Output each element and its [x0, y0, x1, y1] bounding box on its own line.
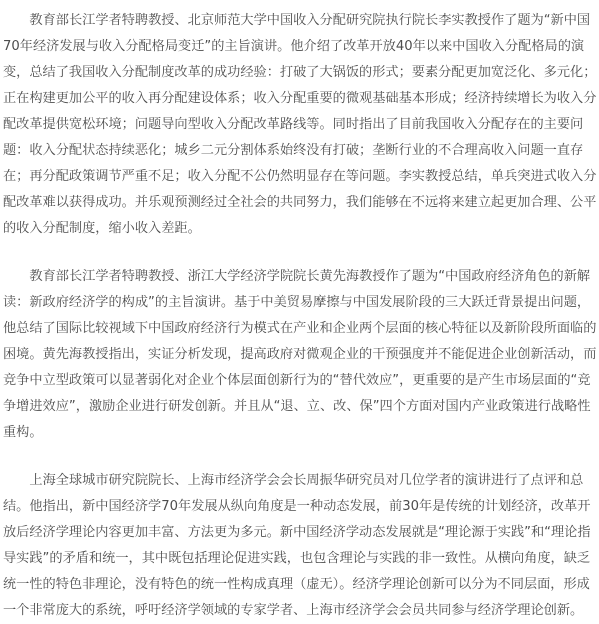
- paragraph-zhou-zhenhua-summary: 上海全球城市研究院院长、上海市经济学会会长周振华研究员对几位学者的演讲进行了点评…: [3, 468, 597, 624]
- paragraph-huang-xianhai-speech: 教育部长江学者特聘教授、浙江大学经济学院院长黄先海教授作了题为“中国政府经济角色…: [3, 264, 597, 446]
- paragraph-li-shi-speech: 教育部长江学者特聘教授、北京师范大学中国收入分配研究院执行院长李实教授作了题为“…: [3, 8, 597, 242]
- article-body: 教育部长江学者特聘教授、北京师范大学中国收入分配研究院执行院长李实教授作了题为“…: [0, 0, 599, 624]
